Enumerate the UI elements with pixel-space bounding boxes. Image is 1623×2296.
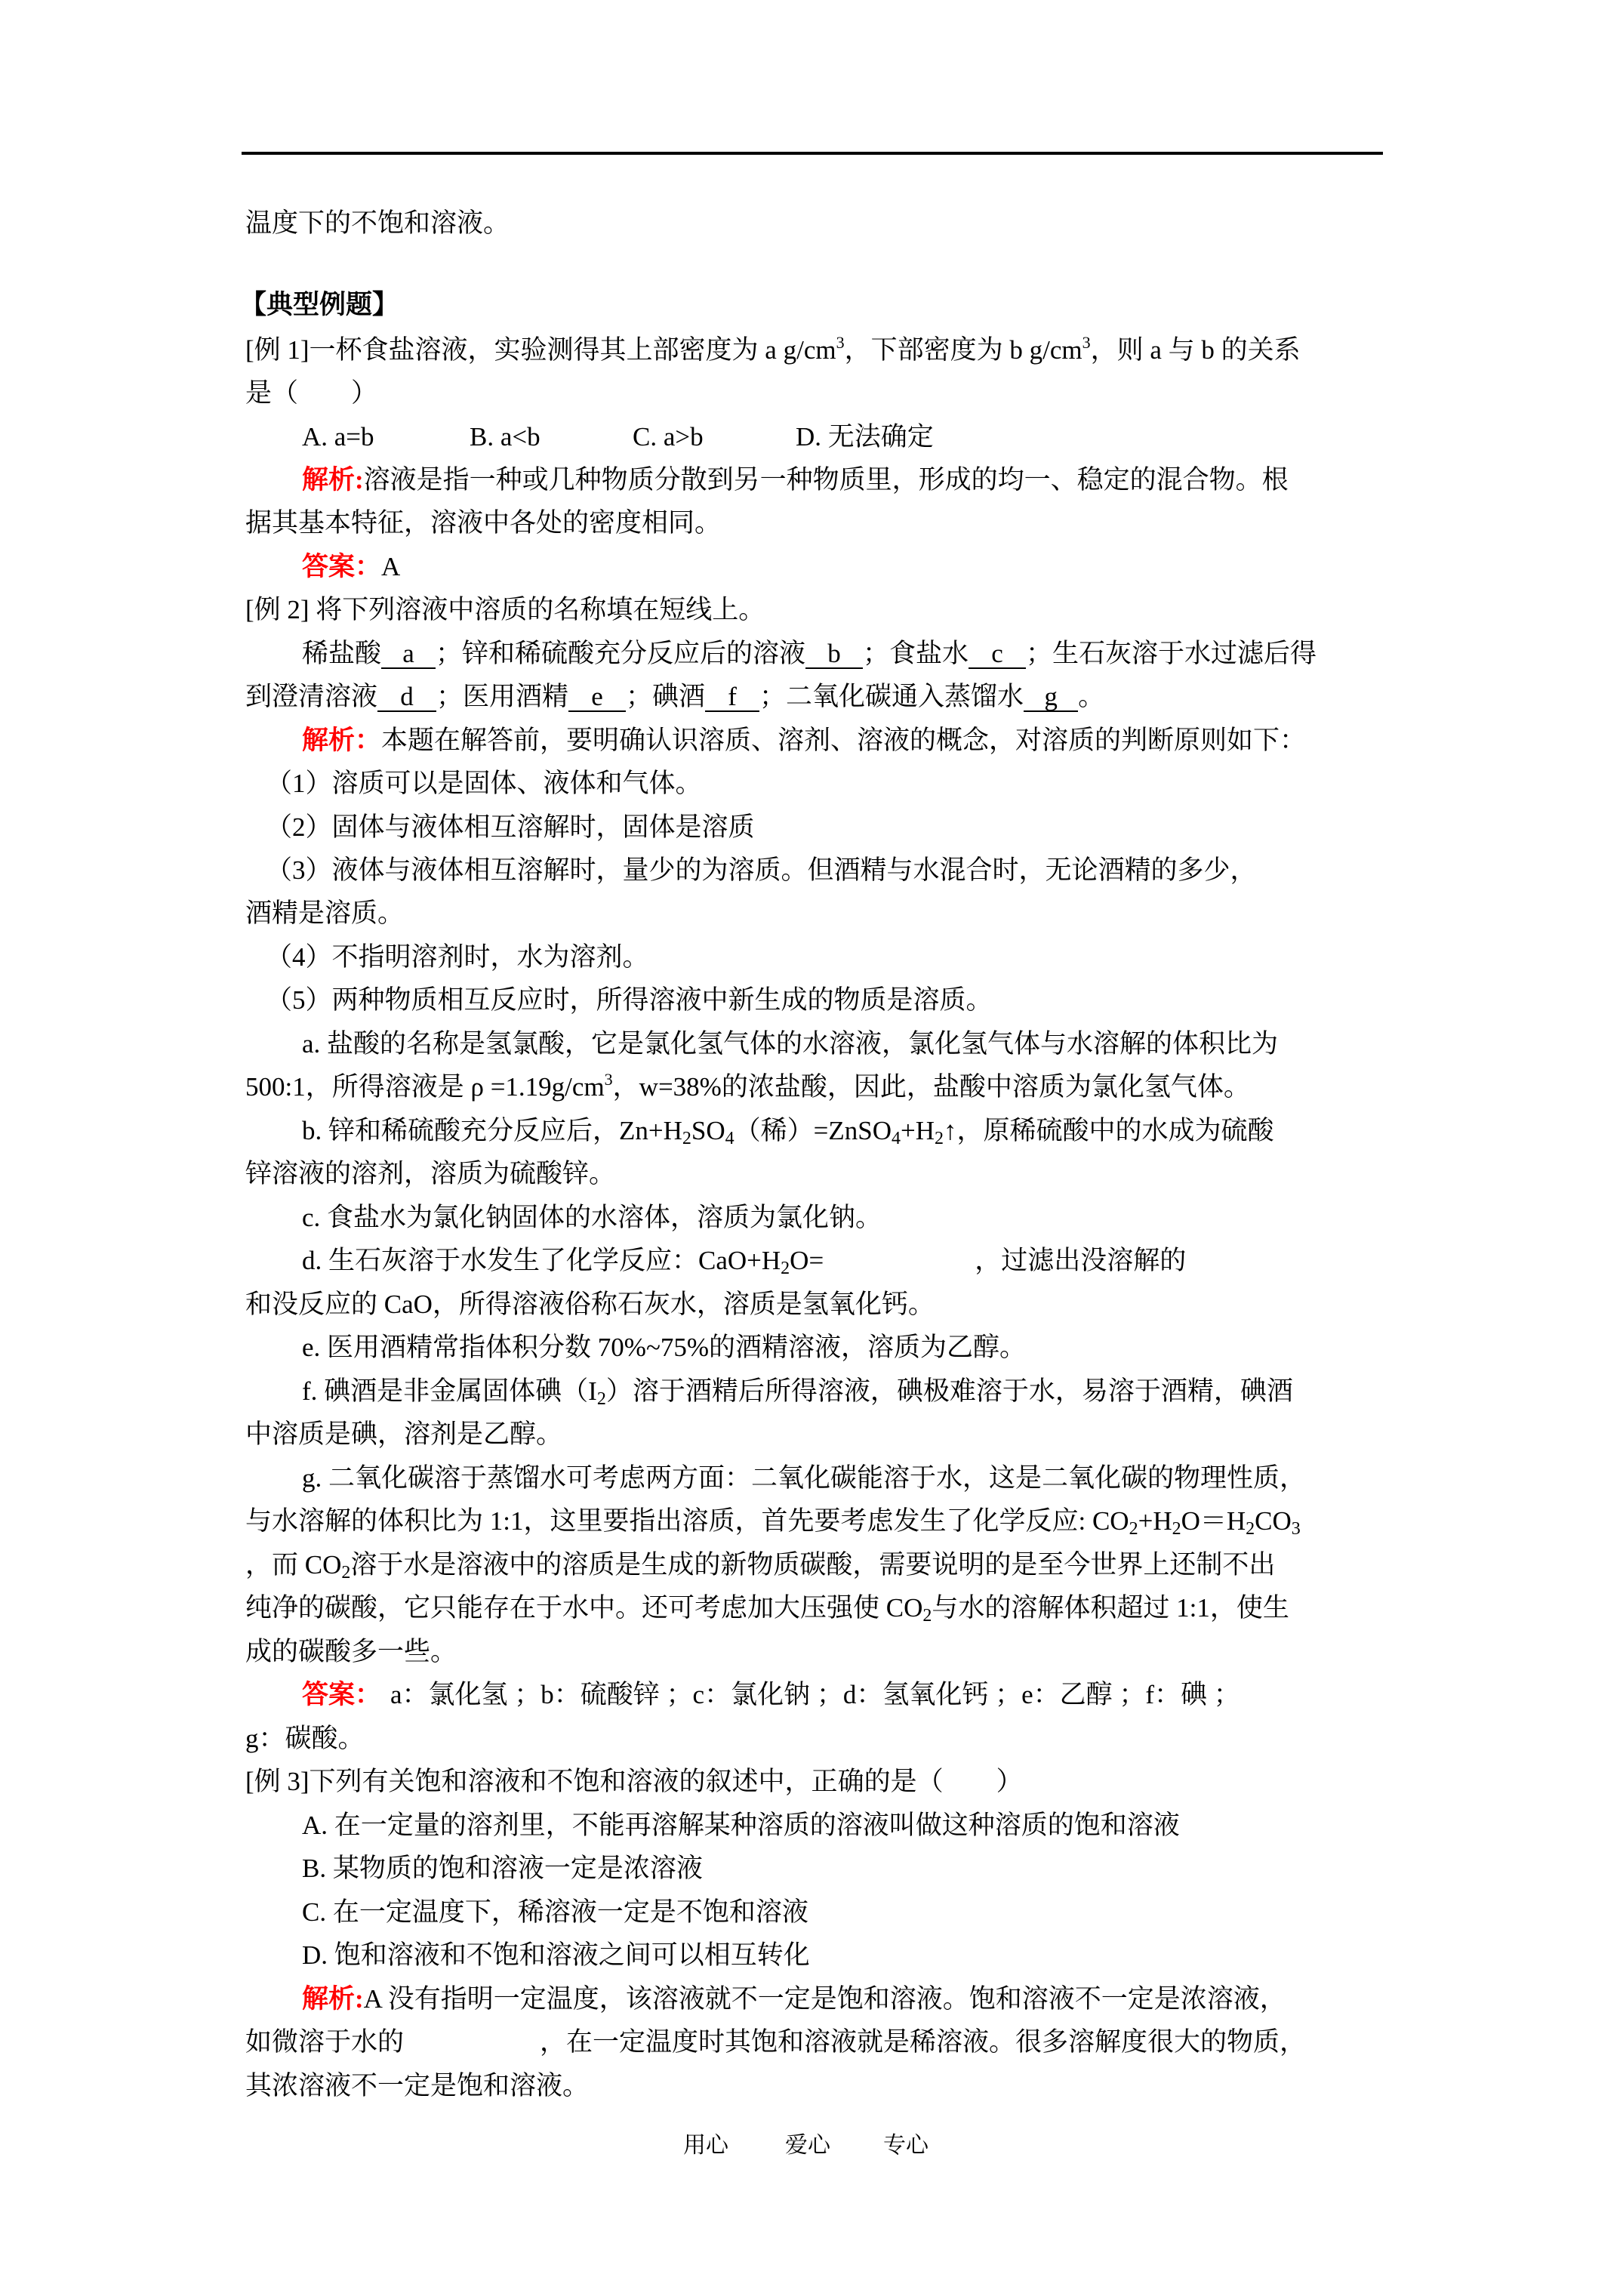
explain-e: e. 医用酒精常指体积分数 70%~75%的酒精溶液，溶质为乙醇。	[302, 1331, 1026, 1364]
example1-answer: 答案：A	[302, 550, 400, 584]
answer-label: 答案：	[302, 552, 381, 581]
blank-f: f	[705, 683, 759, 712]
example1-analysis-line1: 解析:溶液是指一种或几种物质分散到另一种物质里，形成的均一、稳定的混合物。根	[302, 464, 1289, 497]
footer-item: 专心	[883, 2131, 929, 2161]
example2-blanks-line1: 稀盐酸a；锌和稀硫酸充分反应后的溶液b；食盐水c；生石灰溶于水过滤后得	[302, 637, 1317, 670]
rule-4: （4）不指明溶剂时，水为溶剂。	[266, 941, 649, 974]
explain-a-line2: 500:1，所得溶液是 ρ =1.19g/cm3，w=38%的浓盐酸，因此，盐酸…	[245, 1071, 1250, 1104]
explain-b-line2: 锌溶液的溶剂，溶质为硫酸锌。	[245, 1157, 615, 1191]
example3-option-a: A. 在一定量的溶剂里，不能再溶解某种溶质的溶液叫做这种溶质的饱和溶液	[302, 1809, 1180, 1842]
analysis-label: 解析：	[302, 726, 381, 755]
footer-item: 用心	[683, 2131, 785, 2161]
blank-a: a	[381, 640, 436, 669]
explain-a-line1: a. 盐酸的名称是氢氯酸，它是氯化氢气体的水溶液，氯化氢气体与水溶解的体积比为	[302, 1028, 1278, 1061]
explain-g-line1: g. 二氧化碳溶于蒸馏水可考虑两方面：二氧化碳能溶于水，这是二氧化碳的物理性质，	[302, 1462, 1306, 1495]
example2-answer-line2: g：碳酸。	[245, 1722, 365, 1755]
rule-1: （1）溶质可以是固体、液体和气体。	[266, 767, 702, 800]
analysis-label: 解析:	[302, 1984, 364, 2014]
example3-option-b: B. 某物质的饱和溶液一定是浓溶液	[302, 1852, 703, 1885]
example2-blanks-line2: 到澄清溶液d；医用酒精e；碘酒f；二氧化碳通入蒸馏水g。	[245, 680, 1104, 713]
explain-c: c. 食盐水为氯化钠固体的水溶体，溶质为氯化钠。	[302, 1201, 882, 1234]
option-c: C. a>b	[633, 421, 796, 454]
example1-analysis-line2: 据其基本特征，溶液中各处的密度相同。	[245, 507, 721, 540]
option-a: A. a=b	[302, 421, 470, 454]
example2-answer-line1: 答案：a：氯化氢 ；b：硫酸锌 ；c：氯化钠 ；d：氢氧化钙 ；e：乙醇 ；f：…	[302, 1678, 1240, 1712]
example1-question-line1: [例 1]一杯食盐溶液，实验测得其上部密度为 a g/cm3，下部密度为 b g…	[245, 334, 1301, 367]
explain-f-line2: 中溶质是碘，溶剂是乙醇。	[245, 1418, 562, 1451]
continuation-text: 温度下的不饱和溶液。	[245, 207, 510, 240]
example2-question-title: [例 2] 将下列溶液中溶质的名称填在短线上。	[245, 593, 765, 627]
explain-g-line3: ，而 CO2溶于水是溶液中的溶质是生成的新物质碳酸，需要说明的是至今世界上还制不…	[245, 1549, 1275, 1582]
explain-d-line1: d. 生石灰溶于水发生了化学反应：CaO+H2O=，过滤出没溶解的	[302, 1244, 1186, 1277]
option-b: B. a<b	[470, 421, 633, 454]
example3-question-title: [例 3]下列有关饱和溶液和不饱和溶液的叙述中，正确的是（ ）	[245, 1765, 1023, 1798]
header-rule	[242, 152, 1383, 155]
explain-g-line2: 与水溶解的体积比为 1:1，这里要指出溶质，首先要考虑发生了化学反应: CO2+…	[245, 1505, 1301, 1538]
explain-b-line1: b. 锌和稀硫酸充分反应后，Zn+H2SO4（稀）=ZnSO4+H2↑，原稀硫酸…	[302, 1114, 1274, 1148]
rule-5: （5）两种物质相互反应时，所得溶液中新生成的物质是溶质。	[266, 984, 993, 1017]
example1-options: A. a=bB. a<bC. a>bD. 无法确定	[302, 421, 934, 454]
explain-g-line4: 纯净的碳酸，它只能存在于水中。还可考虑加大压强使 CO2与水的溶解体积超过 1:…	[245, 1592, 1289, 1625]
rule-3-cont: 酒精是溶质。	[245, 897, 404, 930]
blank-c: c	[969, 640, 1026, 669]
explain-f-line1: f. 碘酒是非金属固体碘（I2）溶于酒精后所得溶液，碘极难溶于水，易溶于酒精，碘…	[302, 1375, 1293, 1408]
footer-item: 爱心	[785, 2131, 883, 2161]
example3-option-d: D. 饱和溶液和不饱和溶液之间可以相互转化	[302, 1939, 810, 1972]
example3-option-c: C. 在一定温度下，稀溶液一定是不饱和溶液	[302, 1896, 808, 1929]
example3-analysis-line2: 如微溶于水的，在一定温度时其饱和溶液就是稀溶液。很多溶解度很大的物质，	[245, 2026, 1306, 2059]
rule-3: （3）液体与液体相互溶解时，量少的为溶质。但酒精与水混合时，无论酒精的多少，	[266, 854, 1257, 887]
rule-2: （2）固体与液体相互溶解时，固体是溶质	[266, 811, 755, 844]
blank-e: e	[568, 683, 626, 712]
page-footer: 用心爱心专心	[683, 2131, 929, 2161]
blank-g: g	[1024, 683, 1078, 712]
blank-b: b	[805, 640, 863, 669]
answer-label: 答案：	[302, 1680, 381, 1709]
example2-analysis-intro: 解析：本题在解答前，要明确认识溶质、溶剂、溶液的概念，对溶质的判断原则如下：	[302, 724, 1306, 757]
explain-d-line2: 和没反应的 CaO，所得溶液俗称石灰水，溶质是氢氧化钙。	[245, 1288, 935, 1321]
explain-g-line5: 成的碳酸多一些。	[245, 1635, 457, 1669]
section-title: 【典型例题】	[240, 288, 399, 322]
example3-analysis-line1: 解析:A 没有指明一定温度，该溶液就不一定是饱和溶液。饱和溶液不一定是浓溶液，	[302, 1983, 1286, 2016]
example3-analysis-line3: 其浓溶液不一定是饱和溶液。	[245, 2069, 589, 2103]
option-d: D. 无法确定	[796, 421, 934, 454]
analysis-label: 解析:	[302, 465, 364, 495]
example1-question-line2: 是（ ）	[245, 377, 377, 410]
blank-d: d	[377, 683, 436, 712]
